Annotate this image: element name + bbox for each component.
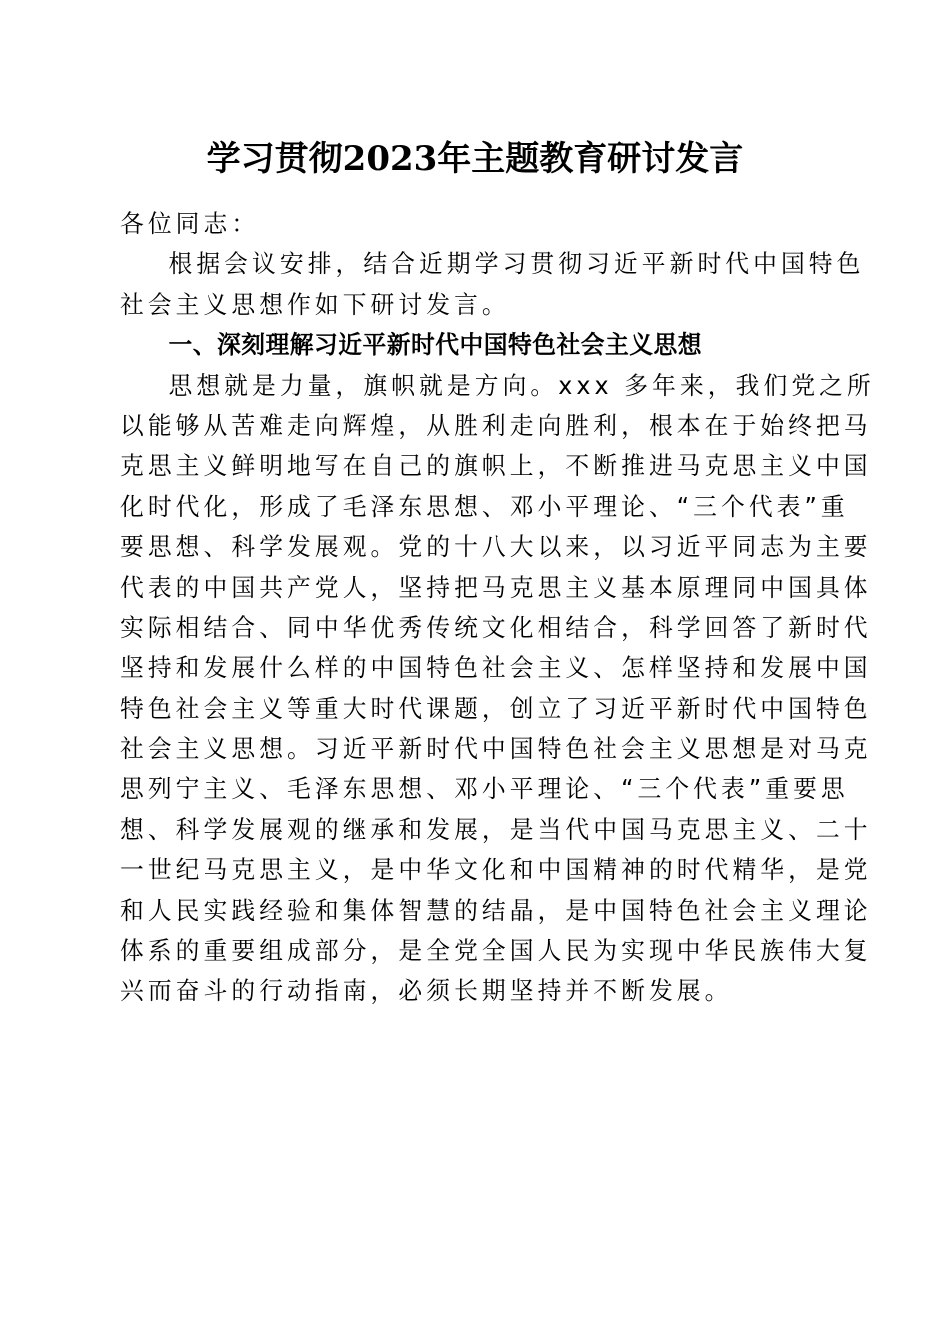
document-title: 学习贯彻2023年主题教育研讨发言 [0,134,950,184]
paragraph-line: 实际相结合、同中华优秀传统文化相结合，科学回答了新时代 [120,608,809,648]
intro-line: 社会主义思想作如下研讨发言。 [120,285,809,325]
paragraph-line: 一世纪马克思主义，是中华文化和中国精神的时代精华，是党 [120,850,809,890]
section-heading: 一、深刻理解习近平新时代中国特色社会主义思想 [120,325,809,365]
paragraph-line: 特色社会主义等重大时代课题，创立了习近平新时代中国特色 [120,689,809,729]
paragraph-line: 想、科学发展观的继承和发展，是当代中国马克思主义、二十 [120,810,809,850]
paragraph-line: 思列宁主义、毛泽东思想、邓小平理论、“三个代表”重要思 [120,769,809,809]
paragraph-line: 体系的重要组成部分，是全党全国人民为实现中华民族伟大复 [120,931,809,971]
paragraph-line: 和人民实践经验和集体智慧的结晶，是中国特色社会主义理论 [120,891,809,931]
paragraph-line: 克思主义鲜明地写在自己的旗帜上，不断推进马克思主义中国 [120,446,809,486]
paragraph-line: 坚持和发展什么样的中国特色社会主义、怎样坚持和发展中国 [120,648,809,688]
intro-line: 根据会议安排，结合近期学习贯彻习近平新时代中国特色 [120,244,809,284]
paragraph-line: 兴而奋斗的行动指南，必须长期坚持并不断发展。 [120,971,809,1011]
paragraph-line: 化时代化，形成了毛泽东思想、邓小平理论、“三个代表”重 [120,487,809,527]
document-body: 各位同志： 根据会议安排，结合近期学习贯彻习近平新时代中国特色 社会主义思想作如… [120,204,830,1012]
salutation: 各位同志： [120,204,809,244]
document-page: 学习贯彻2023年主题教育研讨发言 各位同志： 根据会议安排，结合近期学习贯彻习… [0,0,950,1344]
paragraph-line: 要思想、科学发展观。党的十八大以来，以习近平同志为主要 [120,527,809,567]
paragraph-line: 以能够从苦难走向辉煌，从胜利走向胜利，根本在于始终把马 [120,406,809,446]
paragraph-line: 代表的中国共产党人，坚持把马克思主义基本原理同中国具体 [120,568,809,608]
paragraph-line: 思想就是力量，旗帜就是方向。xxx 多年来，我们党之所 [120,366,809,406]
paragraph-line: 社会主义思想。习近平新时代中国特色社会主义思想是对马克 [120,729,809,769]
